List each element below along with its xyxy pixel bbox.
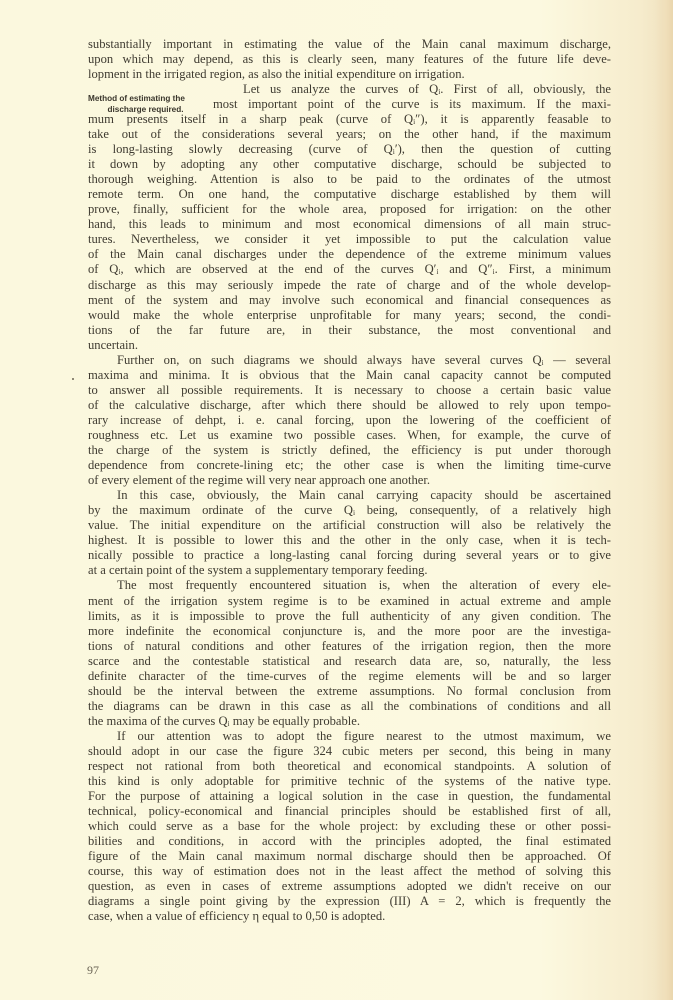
text-line: hand, this leads to minimum and most eco…: [88, 217, 611, 232]
text-line: of every element of the regime will very…: [88, 473, 611, 488]
text-line: to answer all possible requirements. It …: [88, 383, 611, 398]
text-line: thorough weighing. Attention is also to …: [88, 172, 611, 187]
text-line: nically possible to practice a long-last…: [88, 548, 611, 563]
text-line: take out of the considerations several y…: [88, 127, 611, 142]
text-line: In this case, obviously, the Main canal …: [88, 488, 611, 503]
text-line: this kind is only adoptable for primitiv…: [88, 774, 611, 789]
text-line: highest. It is possible to lower this an…: [88, 533, 611, 548]
text-line: question, as even in cases of extreme as…: [88, 879, 611, 894]
page-number: 97: [87, 963, 99, 978]
text-line: The most frequently encountered situatio…: [88, 578, 611, 593]
text-line: tures. Nevertheless, we consider it yet …: [88, 232, 611, 247]
text-line: uncertain.: [88, 338, 611, 353]
text-line: by the maximum ordinate of the curve Qᵢ …: [88, 503, 611, 518]
scanned-page: substantially important in estimating th…: [0, 0, 673, 1000]
text-line: Further on, on such diagrams we should a…: [88, 353, 611, 368]
page-edge-shadow: [655, 0, 673, 1000]
text-line: tions of the far future are, in their su…: [88, 323, 611, 338]
text-line: of the calculative discharge, after whic…: [88, 398, 611, 413]
text-line: of Qᵢ, which are observed at the end of …: [88, 262, 611, 277]
text-line: at a certain point of the system a suppl…: [88, 563, 611, 578]
body-text: mum presents itself in a sharp peak (cur…: [88, 112, 611, 925]
text-line: is long-lasting slowly decreasing (curve…: [88, 142, 611, 157]
text-line: upon which may depend, as this is clearl…: [88, 52, 611, 67]
margin-note-line: Method of estimating the: [88, 93, 203, 104]
paragraph-intro: substantially important in estimating th…: [88, 37, 611, 82]
text-line: bilities and conditions, in accord with …: [88, 834, 611, 849]
text-line: figure of the Main canal maximum normal …: [88, 849, 611, 864]
text-line: discharge as this may seriously impede t…: [88, 278, 611, 293]
text-line: Let us analyze the curves of Qᵢ. First o…: [243, 82, 611, 97]
text-line: ment of the irrigation system regime is …: [88, 594, 611, 609]
text-line: which could serve as a base for the whol…: [88, 819, 611, 834]
text-line: prove, finally, sufficient for the whole…: [88, 202, 611, 217]
scan-speck: [72, 378, 74, 380]
text-line: course, this way of estimation does not …: [88, 864, 611, 879]
text-line: limits, as it is impossible to prove the…: [88, 609, 611, 624]
text-line: lopment in the irrigated region, as also…: [88, 67, 611, 82]
text-line: would make the whole enterprise unprofit…: [88, 308, 611, 323]
text-line: substantially important in estimating th…: [88, 37, 611, 52]
text-line: diagrams a single point giving by the ex…: [88, 894, 611, 909]
text-line: should adopt in our case the figure 324 …: [88, 744, 611, 759]
paragraph-method-start: Let us analyze the curves of Qᵢ. First o…: [243, 82, 611, 112]
text-line: technical, policy-economical and financi…: [88, 804, 611, 819]
text-line: more indefinite the economical conjunctu…: [88, 624, 611, 639]
text-line: remote term. On one hand, the computativ…: [88, 187, 611, 202]
text-line: the charge of the system is strictly def…: [88, 443, 611, 458]
text-line: respect not rational from both theoretic…: [88, 759, 611, 774]
text-line: ment of the system and may involve such …: [88, 293, 611, 308]
text-line: maxima and minima. It is obvious that th…: [88, 368, 611, 383]
text-line: dependence from concrete-lining etc; the…: [88, 458, 611, 473]
text-line: case, when a value of efficiency η equal…: [88, 909, 611, 924]
text-line: For the purpose of attaining a logical s…: [88, 789, 611, 804]
text-line: of the Main canal discharges under the d…: [88, 247, 611, 262]
text-line: the diagrams can be drawn in this case a…: [88, 699, 611, 714]
text-line: If our attention was to adopt the figure…: [88, 729, 611, 744]
text-line: definite character of the time-curves of…: [88, 669, 611, 684]
text-line: most important point of the curve is its…: [213, 97, 611, 112]
text-line: tions of natural conditions and other fe…: [88, 639, 611, 654]
text-line: mum presents itself in a sharp peak (cur…: [88, 112, 611, 127]
text-line: value. The initial expenditure on the ar…: [88, 518, 611, 533]
text-line: should be the interval between the extre…: [88, 684, 611, 699]
text-line: it down by adopting any other computativ…: [88, 157, 611, 172]
text-line: scarce and the contestable statistical a…: [88, 654, 611, 669]
text-line: roughness etc. Let us examine two possib…: [88, 428, 611, 443]
text-line: the maxima of the curves Qᵢ may be equal…: [88, 714, 611, 729]
text-line: rary increase of dehpt, i. e. canal forc…: [88, 413, 611, 428]
